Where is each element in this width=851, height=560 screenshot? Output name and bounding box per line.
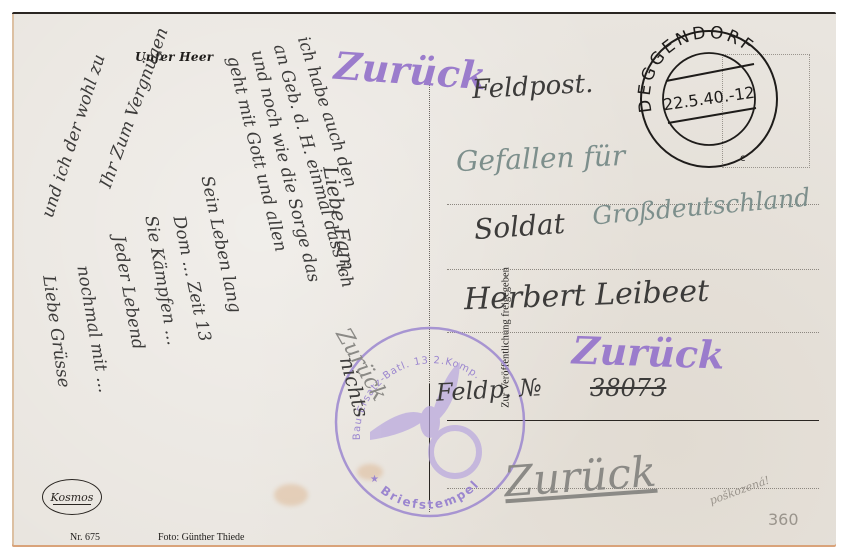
message-line: nochmal mit ... bbox=[72, 264, 114, 394]
message-line: Liebe Grüsse bbox=[38, 274, 74, 389]
return-stamp-top: Zurück bbox=[333, 43, 488, 99]
seal-bottom-text: Briefstempel bbox=[378, 477, 482, 512]
svg-text:★: ★ bbox=[370, 474, 379, 485]
photo-credit: Foto: Günther Thiede bbox=[158, 532, 244, 543]
message-line: geht mit Gott und allen bbox=[223, 54, 291, 254]
message-line: Sein Leben lang bbox=[196, 174, 245, 315]
military-unit-seal: Bau-Ersatz-Batl. 13 2.Komp. Briefstempel… bbox=[330, 322, 530, 522]
address-grossdeutschland: Großdeutschland bbox=[591, 183, 811, 231]
message-line: Jeder Lebend bbox=[108, 234, 148, 351]
message-line: und noch wie die Sorge das bbox=[247, 48, 324, 284]
message-line: an Geb. d. H. einmal dass ich bbox=[269, 42, 358, 290]
address-feldpost: Feldpost. bbox=[471, 69, 594, 105]
address-line bbox=[447, 204, 819, 205]
return-stamp-address: Zurück bbox=[571, 327, 725, 377]
address-gefallen: Gefallen für bbox=[455, 139, 625, 178]
pencil-note: poškozená! bbox=[708, 474, 772, 508]
publisher-logo: Kosmos bbox=[42, 479, 102, 515]
address-feldpost-number: 38073 bbox=[590, 374, 666, 402]
postmark-sub: c bbox=[740, 153, 746, 164]
stain bbox=[274, 484, 308, 506]
message-line: Dom ... Zeit 13 bbox=[168, 214, 214, 344]
postcard: Unfer Heer Zur Veröffentlichung freigege… bbox=[12, 12, 836, 547]
price-note: 360 bbox=[768, 510, 799, 529]
address-soldat: Soldat bbox=[473, 207, 566, 246]
message-line: ich habe auch den bbox=[293, 34, 361, 190]
postmark-deggendorf: DEGGENDORF 22.5.40.-12 c bbox=[634, 26, 784, 172]
message-greeting: Liebe Fam. bbox=[318, 164, 361, 279]
message-line: und ich der wohl zu bbox=[38, 52, 110, 220]
svg-text:Briefstempel: Briefstempel bbox=[378, 477, 482, 512]
card-number: Nr. 675 bbox=[70, 532, 100, 543]
series-title: Unfer Heer bbox=[135, 50, 213, 64]
message-line: Sie Kämpfen ... bbox=[140, 214, 182, 347]
address-line bbox=[447, 269, 819, 270]
